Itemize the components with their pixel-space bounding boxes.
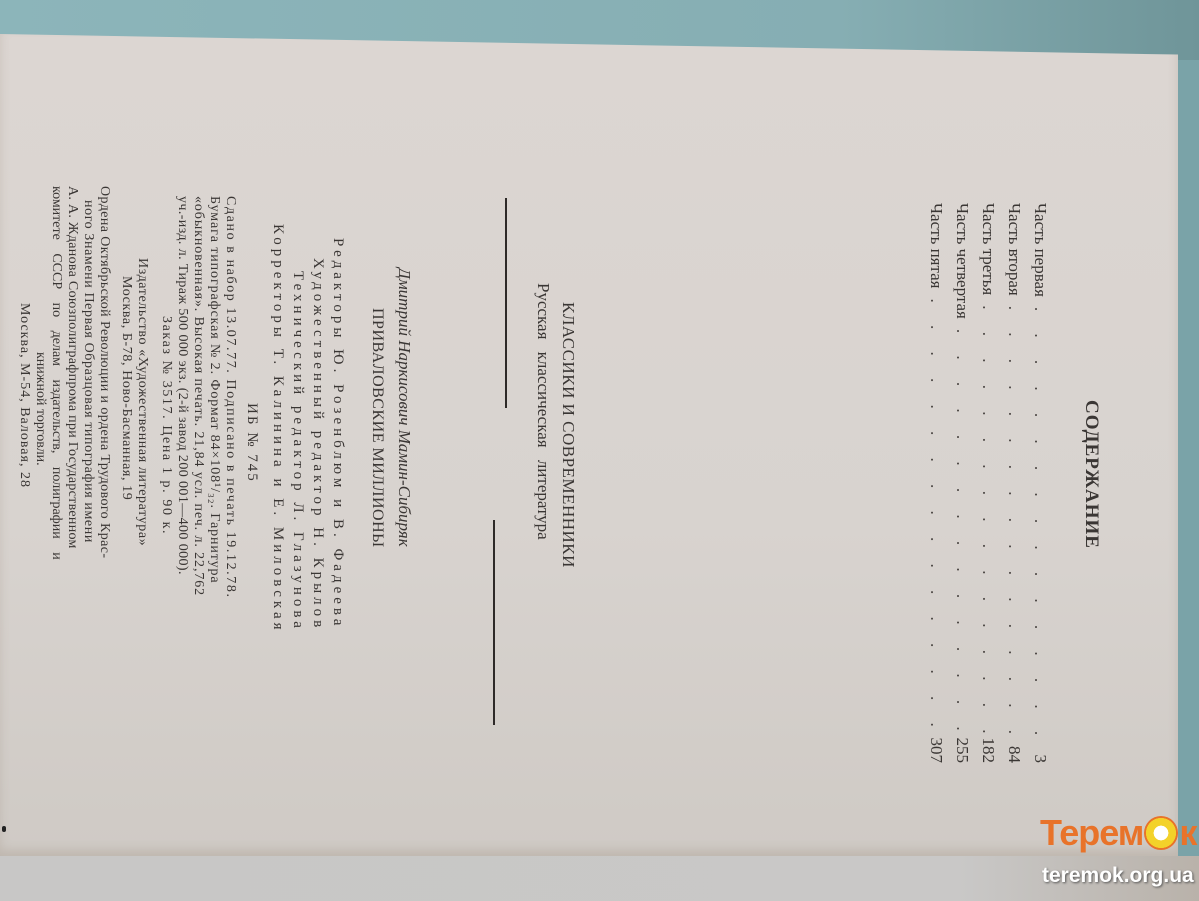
toc-leader: . . . . . . . . . . . . . . . . . . . . … [1004,296,1024,746]
watermark-url[interactable]: teremok.org.ua [1042,864,1194,888]
divider-rule [505,198,507,408]
toc-item-label: Часть первая [1030,203,1050,297]
imprint-line: «обыкновенная». Высокая печать. 21,84 ус… [190,196,206,596]
toc-item[interactable]: Часть пятая . . . . . . . . . . . . . . … [926,203,946,763]
toc-item[interactable]: Часть вторая . . . . . . . . . . . . . .… [1004,203,1024,763]
sun-icon [1144,816,1178,850]
printer-line: книжной торговли. [32,352,48,466]
series-title: КЛАССИКИ И СОВРЕМЕННИКИ [558,302,578,568]
toc-leader: . . . . . . . . . . . . . . . . . . . . … [1030,297,1050,755]
printer-line: Ордена Октябрьской Революции и ордена Тр… [96,186,112,558]
printer-line: Москва, М-54, Валовая, 28 [16,303,32,488]
printer-line: ного Знамени Первая Образцовая типографи… [80,200,96,543]
toc-leader: . . . . . . . . . . . . . . . . . . . . … [926,289,946,738]
credit-tech-editor: Технический редактор Л. Глазунова [289,271,306,632]
toc-item[interactable]: Часть первая . . . . . . . . . . . . . .… [1030,203,1050,763]
book-author: Дмитрий Наркисович Мамин-Сибиряк [394,268,414,547]
toc-item-page: 182 [978,738,998,764]
series-subtitle: Русская классическая литература [533,283,553,540]
teremok-logo: Терем к [1040,812,1196,854]
divider-rule [493,520,495,725]
imprint-line: Заказ № 3517. Цена 1 р. 90 к. [158,316,174,535]
toc-item-label: Часть вторая [1004,203,1024,296]
toc-item-label: Часть четвертая [952,203,972,319]
printer-line: А. А. Жданова Союзполиграфпрома при Госу… [64,186,80,549]
credit-proofreaders: Корректоры Т. Калинина и Е. Миловская [269,224,286,634]
printer-line: комитете СССР по делам издательств, поли… [48,186,64,560]
imprint-line: уч.-изд. л. Тираж 500 000 экз. (2-й заво… [174,196,190,575]
credit-editors: Редакторы Ю. Розенблюм и В. Фадеева [329,238,346,629]
toc-item-page: 255 [952,738,972,764]
logo-text-right: к [1179,812,1196,854]
book-title: ПРИВАЛОВСКИЕ МИЛЛИОНЫ [368,308,386,548]
imprint-line: Бумага типографская № 2. Формат 84×108¹/… [206,196,222,584]
toc-item[interactable]: Часть третья . . . . . . . . . . . . . .… [978,203,998,763]
ink-mark [2,826,6,832]
publisher-line: Москва, Б-78, Ново-Басманная, 19 [118,276,134,500]
ib-number: ИБ № 745 [243,403,260,483]
background-edge [1177,60,1199,860]
contents-title: СОДЕРЖАНИЕ [1080,400,1102,549]
toc-item-page: 84 [1004,746,1024,763]
toc-leader: . . . . . . . . . . . . . . . . . . . . … [952,319,972,738]
publisher-line: Издательство «Художественная литература» [134,258,150,546]
imprint-line: Сдано в набор 13.07.77. Подписано в печа… [222,196,238,599]
toc-item[interactable]: Часть четвертая . . . . . . . . . . . . … [952,203,972,763]
toc-item-label: Часть третья [978,203,998,295]
credit-art-editor: Художественный редактор Н. Крылов [309,258,326,631]
logo-text-left: Терем [1040,812,1143,854]
toc-item-label: Часть пятая [926,203,946,289]
underlying-page [0,856,1199,901]
toc-leader: . . . . . . . . . . . . . . . . . . . . … [978,295,998,737]
toc-item-page: 3 [1030,755,1050,764]
toc-item-page: 307 [926,738,946,764]
